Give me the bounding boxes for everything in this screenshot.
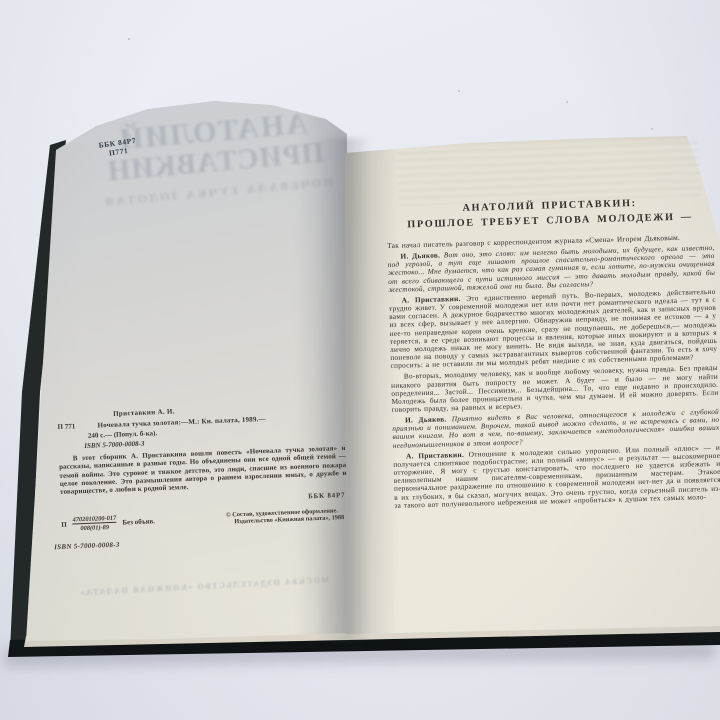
copyright-note: © Состав, художественное оформление. Изд… <box>226 507 349 527</box>
dialogue-question-1: И. Дьяков. Вот оно, это слово: им нелегк… <box>387 244 715 294</box>
dust-speck <box>458 90 460 92</box>
catalog-card: Приставкин А. И. П 771 Ночевала тучка зо… <box>57 401 349 551</box>
formula-denominator: 008(01)-89 <box>73 522 117 533</box>
dust-speck <box>128 38 130 40</box>
dialogue-answer-1: А. Приставкин. Это единственно верный пу… <box>389 288 718 371</box>
dialogue-answer-1-continued: Во-вторых, молодому человеку, как и вооб… <box>391 364 719 414</box>
card-index: П 771 <box>57 422 97 432</box>
dust-speck <box>651 128 653 130</box>
formula-suffix: Без объяв. <box>122 518 155 528</box>
card-annotation: В этот сборник А. Приставкина вошли пове… <box>59 444 347 496</box>
interview-article: АНАТОЛИЙ ПРИСТАВКИН: ПРОШЛОЕ ТРЕБУЕТ СЛО… <box>386 194 720 513</box>
book-photo: АНАТОЛИЙ ПРИСТАВКИН НОЧЕВАЛА ТУЧКА ЗОЛОТ… <box>0 0 720 720</box>
answer-text: Во-вторых, молодому человеку, как и вооб… <box>391 363 719 414</box>
dialogue-answer-2: А. Приставкин. Отношение к молодежи силь… <box>393 444 720 510</box>
dust-speck <box>566 101 568 103</box>
formula-fraction: 4702010200-017 008(01)-89 <box>72 515 116 534</box>
catalog-formula: П 4702010200-017 008(01)-89 Без объяв. ©… <box>61 506 348 534</box>
formula-prefix: П <box>61 521 67 530</box>
gutter-shadow <box>316 138 370 642</box>
